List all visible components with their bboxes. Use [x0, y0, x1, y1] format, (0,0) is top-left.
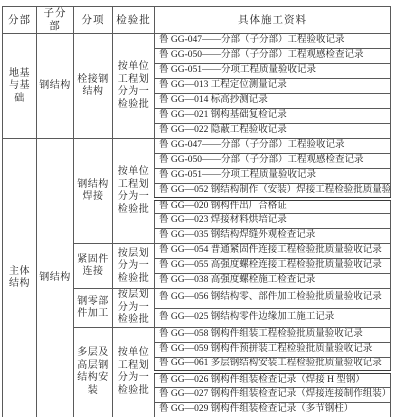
document-cell: 鲁 GG—021 钢构基础复检记录: [155, 109, 391, 124]
document-cell: 鲁 GG—014 标高抄测记录: [155, 94, 391, 109]
document-cell: 鲁 GG—013 工程定位测量记录: [155, 79, 391, 94]
construction-docs-table: 分部 子分部 分项 检验批 具体施工资料 地基与基础 钢结构 栓接钢结构 按单位…: [2, 6, 391, 417]
batch-cell-by-unit-2: 按单位工程划分为一检验批: [113, 139, 155, 244]
division-cell-foundation: 地基与基础: [3, 34, 37, 139]
document-cell: 鲁 GG—035 钢结构焊缝外观检查记录: [155, 229, 391, 244]
document-cell: 鲁 GG—055 高强度螺栓连接工程检验批质量验收记录: [155, 259, 391, 274]
item-cell-fastener-connection: 紧固件连接: [74, 244, 113, 289]
document-cell: 鲁 GG-050——分部（子分部）工程观感检查记录: [155, 154, 391, 169]
batch-cell-by-unit-1: 按单位工程划分为一检验批: [113, 34, 155, 139]
header-item: 分项: [74, 7, 113, 34]
header-division: 分部: [3, 7, 37, 34]
document-cell: 鲁 GG—058 钢构件组装工程检验批质量验收记录: [155, 327, 391, 342]
document-cell: 鲁 GG—022 隐蔽工程验收记录: [155, 124, 391, 139]
document-cell: 鲁 GG-051——分项工程质量验收记录: [155, 64, 391, 79]
item-cell-steel-parts-machining: 钢零部件加工: [74, 289, 113, 328]
item-cell-multistory-steel-install: 多层及高层钢结构安装: [74, 327, 113, 417]
subdivision-cell-steel-2: 钢结构: [37, 139, 74, 417]
document-cell: 鲁 GG-047——分部（子分部）工程验收记录: [155, 139, 391, 154]
document-cell: 鲁 GG-051——分项工程质量验收记录: [155, 169, 391, 184]
document-cell: 鲁 GG—054 普通紧固件连接工程检验批质量验收记录: [155, 244, 391, 259]
table-row: 地基与基础 钢结构 栓接钢结构 按单位工程划分为一检验批 鲁 GG-047——分…: [3, 34, 391, 49]
header-subdivision: 子分部: [37, 7, 74, 34]
document-cell: 鲁 GG—025 钢结构零件边缘加工施工记录: [155, 308, 391, 327]
item-cell-bolted-steel: 栓接钢结构: [74, 34, 113, 139]
subdivision-cell-steel: 钢结构: [37, 34, 74, 139]
document-cell: 鲁 GG—059 钢构件预拼装工程检验批质量验收记录: [155, 342, 391, 357]
header-documents: 具体施工资料: [155, 7, 391, 34]
document-cell: 鲁 GG-047——分部（子分部）工程验收记录: [155, 34, 391, 49]
document-cell: 鲁 GG—023 焊接材料烘培记录: [155, 214, 391, 229]
header-row: 分部 子分部 分项 检验批 具体施工资料: [3, 7, 391, 34]
item-cell-steel-welding: 钢结构焊接: [74, 139, 113, 244]
scanned-document-page: 分部 子分部 分项 检验批 具体施工资料 地基与基础 钢结构 栓接钢结构 按单位…: [0, 0, 400, 417]
document-cell: 鲁 GG—029 钢构件组装检查记录（多节钢柱）: [155, 402, 391, 417]
document-cell: 鲁 GG—052 钢结构制作（安装）焊接工程检验批质量验收记录: [155, 184, 391, 199]
document-cell: 鲁 GG—026 钢构件组装检查记录（焊接 H 型钢）: [155, 372, 391, 387]
header-batch: 检验批: [113, 7, 155, 34]
document-cell: 鲁 GG—061 多层钢结构安装工程检验批质量验收记录: [155, 357, 391, 372]
document-cell: 鲁 GG—038 高强度螺栓施工检查记录: [155, 274, 391, 289]
document-cell: 鲁 GG—020 钢构件出厂合格证: [155, 199, 391, 214]
document-cell: 鲁 GG—027 钢构件组装检查记录（焊接连接制作组装）: [155, 387, 391, 402]
document-cell: 鲁 GG—056 钢结构零、部件加工检验批质量验收记录: [155, 289, 391, 308]
batch-cell-by-floor-2: 按层划分为一检验批: [113, 289, 155, 328]
table-row: 主体结构 钢结构 钢结构焊接 按单位工程划分为一检验批 鲁 GG-047——分部…: [3, 139, 391, 154]
document-cell: 鲁 GG-050——分部（子分部）工程观感检查记录: [155, 49, 391, 64]
batch-cell-by-floor-1: 按层划分为一检验批: [113, 244, 155, 289]
division-cell-main-structure: 主体结构: [3, 139, 37, 417]
batch-cell-by-unit-3: 按单位工程划分为一检验批: [113, 327, 155, 417]
